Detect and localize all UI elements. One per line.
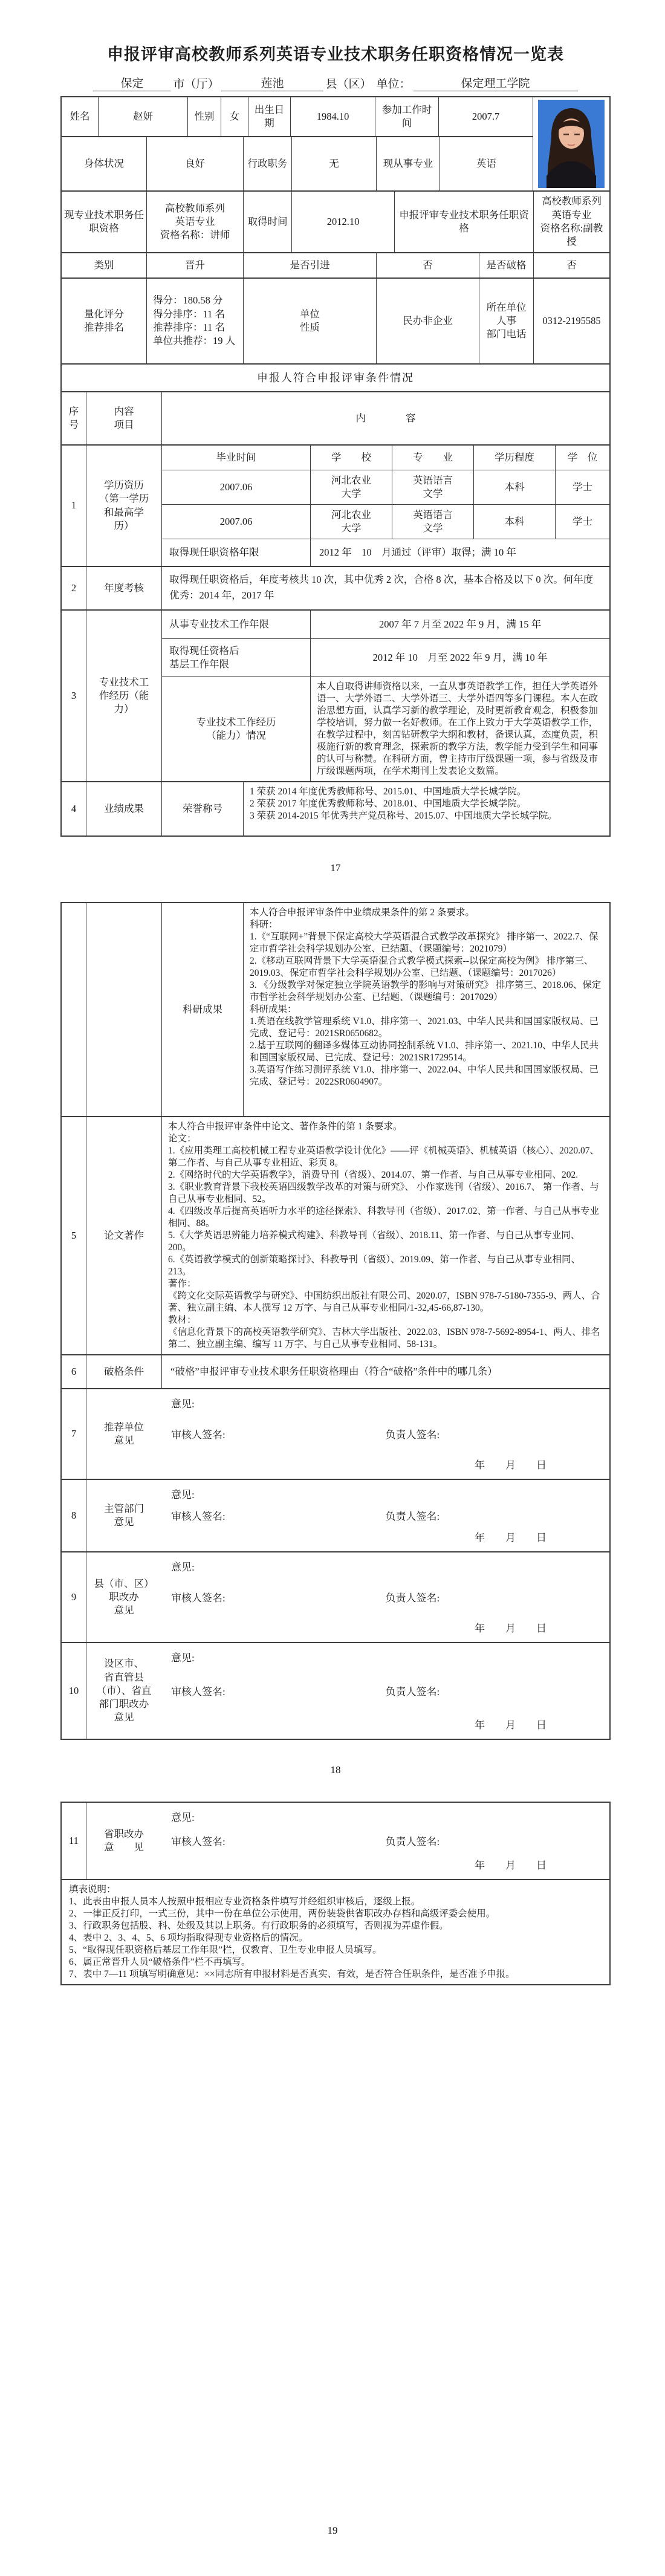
row-item-11-opinion: 11 省职改办 意 见 意见: 审核人签名: 负责人签名: 年 月 日 <box>62 1803 609 1879</box>
basic-info-rowgroup: 姓名 赵妍 性别 女 出生日期 1984.10 参加工作时间 2007.7 身体… <box>62 97 609 190</box>
reviewer-sign-label: 审核人签名: <box>171 1833 386 1848</box>
item6-no: 6 <box>62 1355 86 1388</box>
page-number-18: 18 <box>60 1764 611 1776</box>
main-form-table-page3: 11 省职改办 意 见 意见: 审核人签名: 负责人签名: 年 月 日 填表说明… <box>60 1802 611 1985</box>
edu-col-level: 学历程度 <box>473 446 555 470</box>
row-list-header: 序 号 内容 项目 内 容 <box>62 391 609 444</box>
edu-level: 本科 <box>473 505 555 539</box>
tech-years-value: 2007 年 7 月至 2022 年 9 月，满 15 年 <box>310 611 609 638</box>
row-item-8-opinion: 8 主管部门 意见 意见: 审核人签名: 负责人签名: 年 月 日 <box>62 1479 609 1551</box>
tech-years-label: 从事专业技术工作年限 <box>162 611 310 638</box>
unit-type-label: 单位 性质 <box>243 279 376 363</box>
exception-label: 是否破格 <box>479 253 533 277</box>
item5-label: 论文著作 <box>86 1117 161 1354</box>
item7-label: 推荐单位 意见 <box>86 1389 161 1479</box>
edu-school: 河北农业 大学 <box>310 470 392 504</box>
birth-value: 1984.10 <box>290 97 375 136</box>
row-item-5-papers: 5 论文著作 本人符合申报评审条件中论文、著作条件的第 1 条要求。 论文： 1… <box>62 1116 609 1354</box>
row-item-7-opinion: 7 推荐单位 意见 意见: 审核人签名: 负责人签名: 年 月 日 <box>62 1388 609 1479</box>
row-item-2-annual-review: 2 年度考核 取得现任职资格后，年度考核共 10 次，其中优秀 2 次，合格 8… <box>62 566 609 609</box>
opinion-word: 意见: <box>171 1395 600 1410</box>
current-title-label: 现专业技术职务任职资格 <box>62 192 146 252</box>
row-item-6-exception: 6 破格条件 “破格”申报评审专业技术职务任职资格理由（符合“破格”条件中的哪几… <box>62 1354 609 1388</box>
years-value: 2012 年 10 月通过（评审）取得；满 10 年 <box>310 539 609 566</box>
edu-header-row: 毕业时间 学 校 专 业 学历程度 学 位 <box>162 446 609 470</box>
name-label: 姓名 <box>62 97 98 136</box>
edu-grad-time: 2007.06 <box>162 505 310 539</box>
edu-grad-time: 2007.06 <box>162 470 310 504</box>
edu-row-2: 2007.06 河北农业 大学 英语语言 文学 本科 学士 <box>162 504 609 539</box>
responsible-sign-label: 负责人签名: <box>386 1508 600 1523</box>
item11-label: 省职改办 意 见 <box>86 1803 161 1879</box>
item8-no: 8 <box>62 1480 86 1551</box>
item11-opinion-block: 意见: 审核人签名: 负责人签名: 年 月 日 <box>161 1803 609 1879</box>
unit-type-value: 民办非企业 <box>376 279 479 363</box>
row-health-profession: 身体状况 良好 行政职务 无 现从事专业 英语 <box>62 136 533 190</box>
row-qualification: 现专业技术职务任职资格 高校教师系列 英语专业 资格名称：讲师 取得时间 201… <box>62 190 609 252</box>
id-photo <box>533 97 609 190</box>
note-item-3: 3、行政职务包括股、科、处级及其以上职务。有行政职务的必须填写，否则视为弄虚作假… <box>69 1920 449 1932</box>
current-title-value: 高校教师系列 英语专业 资格名称：讲师 <box>146 192 243 252</box>
page-number-17: 17 <box>60 862 611 874</box>
page-title: 申报评审高校教师系列英语专业技术职务任职资格情况一览表 <box>60 41 611 65</box>
date-line: 年 月 日 <box>171 1857 600 1872</box>
health-label: 身体状况 <box>62 137 146 190</box>
item11-no: 11 <box>62 1803 86 1879</box>
item4-sub-label: 荣誉称号 <box>161 782 243 835</box>
item9-label: 县（市、区） 职改办 意见 <box>86 1552 161 1642</box>
date-line: 年 月 日 <box>171 1620 600 1635</box>
item3-row-years: 从事专业技术工作年限 2007 年 7 月至 2022 年 9 月，满 15 年 <box>162 611 609 638</box>
col-content-header: 内 容 <box>161 392 609 444</box>
main-form-table-page2: 科研成果 本人符合申报评审条件中业绩成果条件的第 2 条要求。 科研： 1.《“… <box>60 902 611 1740</box>
introduced-label: 是否引进 <box>243 253 376 277</box>
note-item-6: 6、属正常晋升人员“破格条件”栏不再填写。 <box>69 1956 251 1968</box>
edu-major: 英语语言 文学 <box>392 505 473 539</box>
notes-title: 填表说明： <box>69 1884 116 1896</box>
obtain-time-label: 取得时间 <box>243 192 291 252</box>
page-number-19: 19 <box>0 2525 665 2537</box>
row-item-9-opinion: 9 县（市、区） 职改办 意见 意见: 审核人签名: 负责人签名: 年 月 日 <box>62 1551 609 1642</box>
item4-content: 1 荣获 2014 年度优秀教师称号、2015.01、中国地质大学长城学院。 2… <box>243 782 609 835</box>
edu-col-school: 学 校 <box>310 446 392 470</box>
opinion-word: 意见: <box>171 1559 600 1574</box>
item9-opinion-block: 意见: 审核人签名: 负责人签名: 年 月 日 <box>161 1552 609 1642</box>
county-value: 莲池 <box>221 74 323 91</box>
row-item-1-education: 1 学历资历 （第一学历 和最高学 历） 毕业时间 学 校 专 业 学历程度 学… <box>62 444 609 566</box>
county-label: 县（区） <box>323 75 374 91</box>
category-value: 晋升 <box>146 253 243 277</box>
edu-years-row: 取得现任职资格年限 2012 年 10 月通过（评审）取得；满 10 年 <box>162 539 609 566</box>
reviewer-sign-label: 审核人签名: <box>171 1683 386 1698</box>
responsible-sign-label: 负责人签名: <box>386 1589 600 1604</box>
responsible-sign-label: 负责人签名: <box>386 1683 600 1698</box>
introduced-value: 否 <box>376 253 479 277</box>
item7-opinion-block: 意见: 审核人签名: 负责人签名: 年 月 日 <box>161 1389 609 1479</box>
hr-phone-label: 所在单位 人事 部门电话 <box>479 279 533 363</box>
category-label: 类别 <box>62 253 146 277</box>
years-label: 取得现任职资格年限 <box>162 539 310 566</box>
health-value: 良好 <box>146 137 243 190</box>
item4b-label-empty <box>86 903 161 1116</box>
reviewer-sign-label: 审核人签名: <box>171 1589 386 1604</box>
item4-no: 4 <box>62 782 86 835</box>
unit-label: 单位： <box>374 75 414 91</box>
responsible-sign-label: 负责人签名: <box>386 1426 600 1441</box>
ability-label: 专业技术工作经历 （能力）情况 <box>162 677 310 781</box>
note-item-5: 5、“取得现任职资格后基层工作年限”栏，仅教育、卫生专业申报人员填写。 <box>69 1944 382 1956</box>
main-form-table: 姓名 赵妍 性别 女 出生日期 1984.10 参加工作时间 2007.7 身体… <box>60 96 611 837</box>
date-line: 年 月 日 <box>171 1529 600 1544</box>
edu-degree: 学士 <box>555 470 609 504</box>
item3-no: 3 <box>62 611 86 781</box>
item6-content: “破格”申报评审专业技术职务任职资格理由（符合“破格”条件中的哪几条） <box>161 1355 609 1388</box>
base-years-value: 2012 年 10 月至 2022 年 9 月，满 10 年 <box>310 639 609 676</box>
note-item-7: 7、表中 7—11 项填写明确意见：××同志所有申报材料是否真实、有效，是否符合… <box>69 1968 515 1981</box>
hr-phone-value: 0312-2195585 <box>533 279 609 363</box>
score-label: 量化评分 推荐排名 <box>62 279 146 363</box>
item5-no: 5 <box>62 1117 86 1354</box>
edu-degree: 学士 <box>555 505 609 539</box>
row-section-banner: 申报人符合申报评审条件情况 <box>62 363 609 391</box>
unit-value: 保定理工学院 <box>414 74 578 91</box>
row-name-birth: 姓名 赵妍 性别 女 出生日期 1984.10 参加工作时间 2007.7 <box>62 97 533 136</box>
item5-content: 本人符合申报评审条件中论文、著作条件的第 1 条要求。 论文： 1.《应用类理工… <box>161 1117 609 1354</box>
apply-title-label: 申报评审专业技术职务任职资格 <box>394 192 533 252</box>
item3-label: 专业技术工 作经历（能 力） <box>86 611 161 781</box>
header-line: 保定 市（厅） 莲池 县（区） 单位： 保定理工学院 <box>60 74 611 91</box>
notes-block: 填表说明： 1、此表由申报人员本人按照申报相应专业资格条件填写并经组织审核后，逐… <box>62 1880 609 1984</box>
item10-opinion-block: 意见: 审核人签名: 负责人签名: 年 月 日 <box>161 1643 609 1739</box>
row-notes: 填表说明： 1、此表由申报人员本人按照申报相应专业资格条件填写并经组织审核后，逐… <box>62 1879 609 1984</box>
item3-row-ability: 专业技术工作经历 （能力）情况 本人自取得讲师资格以来，一直从事英语教学工作，担… <box>162 676 609 781</box>
responsible-sign-label: 负责人签名: <box>386 1833 600 1848</box>
apply-title-value: 高校教师系列 英语专业 资格名称:副教授 <box>533 192 609 252</box>
edu-col-grad-time: 毕业时间 <box>162 446 310 470</box>
work-start-value: 2007.7 <box>438 97 533 136</box>
work-start-label: 参加工作时间 <box>375 97 438 136</box>
name-value: 赵妍 <box>98 97 187 136</box>
admin-duty-label: 行政职务 <box>243 137 291 190</box>
col-item-header: 内容 项目 <box>86 392 161 444</box>
item2-no: 2 <box>62 567 86 609</box>
item2-label: 年度考核 <box>86 567 161 609</box>
document-content: 申报评审高校教师系列英语专业技术职务任职资格情况一览表 保定 市（厅） 莲池 县… <box>60 41 611 1985</box>
row-item-3-experience: 3 专业技术工 作经历（能 力） 从事专业技术工作年限 2007 年 7 月至 … <box>62 609 609 781</box>
date-line: 年 月 日 <box>171 1716 600 1731</box>
item4b-no-empty <box>62 903 86 1116</box>
profession-label: 现从事专业 <box>376 137 440 190</box>
edu-col-degree: 学 位 <box>555 446 609 470</box>
row-item-10-opinion: 10 设区市、 省直管县 （市）、省直 部门职改办 意见 意见: 审核人签名: … <box>62 1642 609 1739</box>
obtain-time-value: 2012.10 <box>291 192 394 252</box>
opinion-word: 意见: <box>171 1486 600 1501</box>
item4-label: 业绩成果 <box>86 782 161 835</box>
edu-col-major: 专 业 <box>392 446 473 470</box>
edu-level: 本科 <box>473 470 555 504</box>
row-score: 量化评分 推荐排名 得分：180.58 分 得分排序：11 名 推荐排序：11 … <box>62 277 609 363</box>
birth-label: 出生日期 <box>248 97 290 136</box>
profession-value: 英语 <box>440 137 533 190</box>
item2-content: 取得现任职资格后，年度考核共 10 次，其中优秀 2 次，合格 8 次，基本合格… <box>161 567 609 609</box>
edu-school: 河北农业 大学 <box>310 505 392 539</box>
item10-label: 设区市、 省直管县 （市）、省直 部门职改办 意见 <box>86 1643 161 1739</box>
item1-no: 1 <box>62 446 86 566</box>
item1-body: 毕业时间 学 校 专 业 学历程度 学 位 2007.06 河北农业 大学 英语… <box>161 446 609 566</box>
city-value: 保定 <box>93 74 170 91</box>
item1-label: 学历资历 （第一学历 和最高学 历） <box>86 446 161 566</box>
opinion-word: 意见: <box>171 1649 600 1664</box>
exception-value: 否 <box>533 253 609 277</box>
gender-label: 性别 <box>187 97 221 136</box>
score-value: 得分：180.58 分 得分排序：11 名 推荐排序：11 名 单位共推荐：19… <box>146 279 243 363</box>
col-no-header: 序 号 <box>62 392 86 444</box>
row-item-4-honors: 4 业绩成果 荣誉称号 1 荣获 2014 年度优秀教师称号、2015.01、中… <box>62 781 609 835</box>
note-item-2: 2、一律正反打印，一式三份，其中一份在单位公示使用，两份装袋供省职改办存档和高级… <box>69 1908 495 1920</box>
item7-no: 7 <box>62 1389 86 1479</box>
item3-row-base-years: 取得现任资格后 基层工作年限 2012 年 10 月至 2022 年 9 月，满… <box>162 638 609 676</box>
row-category: 类别 晋升 是否引进 否 是否破格 否 <box>62 252 609 277</box>
base-years-label: 取得现任资格后 基层工作年限 <box>162 639 310 676</box>
item3-body: 从事专业技术工作年限 2007 年 7 月至 2022 年 9 月，满 15 年… <box>161 611 609 781</box>
opinion-word: 意见: <box>171 1809 600 1824</box>
item10-no: 10 <box>62 1643 86 1739</box>
admin-duty-value: 无 <box>291 137 376 190</box>
date-line: 年 月 日 <box>171 1456 600 1471</box>
item4b-sub-label: 科研成果 <box>161 903 243 1116</box>
item4b-content: 本人符合申报评审条件中业绩成果条件的第 2 条要求。 科研： 1.《“互联网+”… <box>243 903 609 1116</box>
item8-opinion-block: 意见: 审核人签名: 负责人签名: 年 月 日 <box>161 1480 609 1551</box>
reviewer-sign-label: 审核人签名: <box>171 1426 386 1441</box>
reviewer-sign-label: 审核人签名: <box>171 1508 386 1523</box>
item9-no: 9 <box>62 1552 86 1642</box>
city-label: 市（厅） <box>170 75 221 91</box>
item6-label: 破格条件 <box>86 1355 161 1388</box>
edu-major: 英语语言 文学 <box>392 470 473 504</box>
gender-value: 女 <box>221 97 248 136</box>
row-item-4-research: 科研成果 本人符合申报评审条件中业绩成果条件的第 2 条要求。 科研： 1.《“… <box>62 903 609 1116</box>
ability-content: 本人自取得讲师资格以来，一直从事英语教学工作，担任大学英语外语一、大学外语二、大… <box>310 677 609 781</box>
portrait-photo-graphic <box>538 100 605 188</box>
section-banner: 申报人符合申报评审条件情况 <box>62 365 609 391</box>
note-item-1: 1、此表由申报人员本人按照申报相应专业资格条件填写并经组织审核后，逐级上报。 <box>69 1896 420 1908</box>
item8-label: 主管部门 意见 <box>86 1480 161 1551</box>
note-item-4: 4、表中 2、3、4、5、6 项均指取得现专业资格后的情况。 <box>69 1932 308 1944</box>
edu-row-1: 2007.06 河北农业 大学 英语语言 文学 本科 学士 <box>162 470 609 504</box>
